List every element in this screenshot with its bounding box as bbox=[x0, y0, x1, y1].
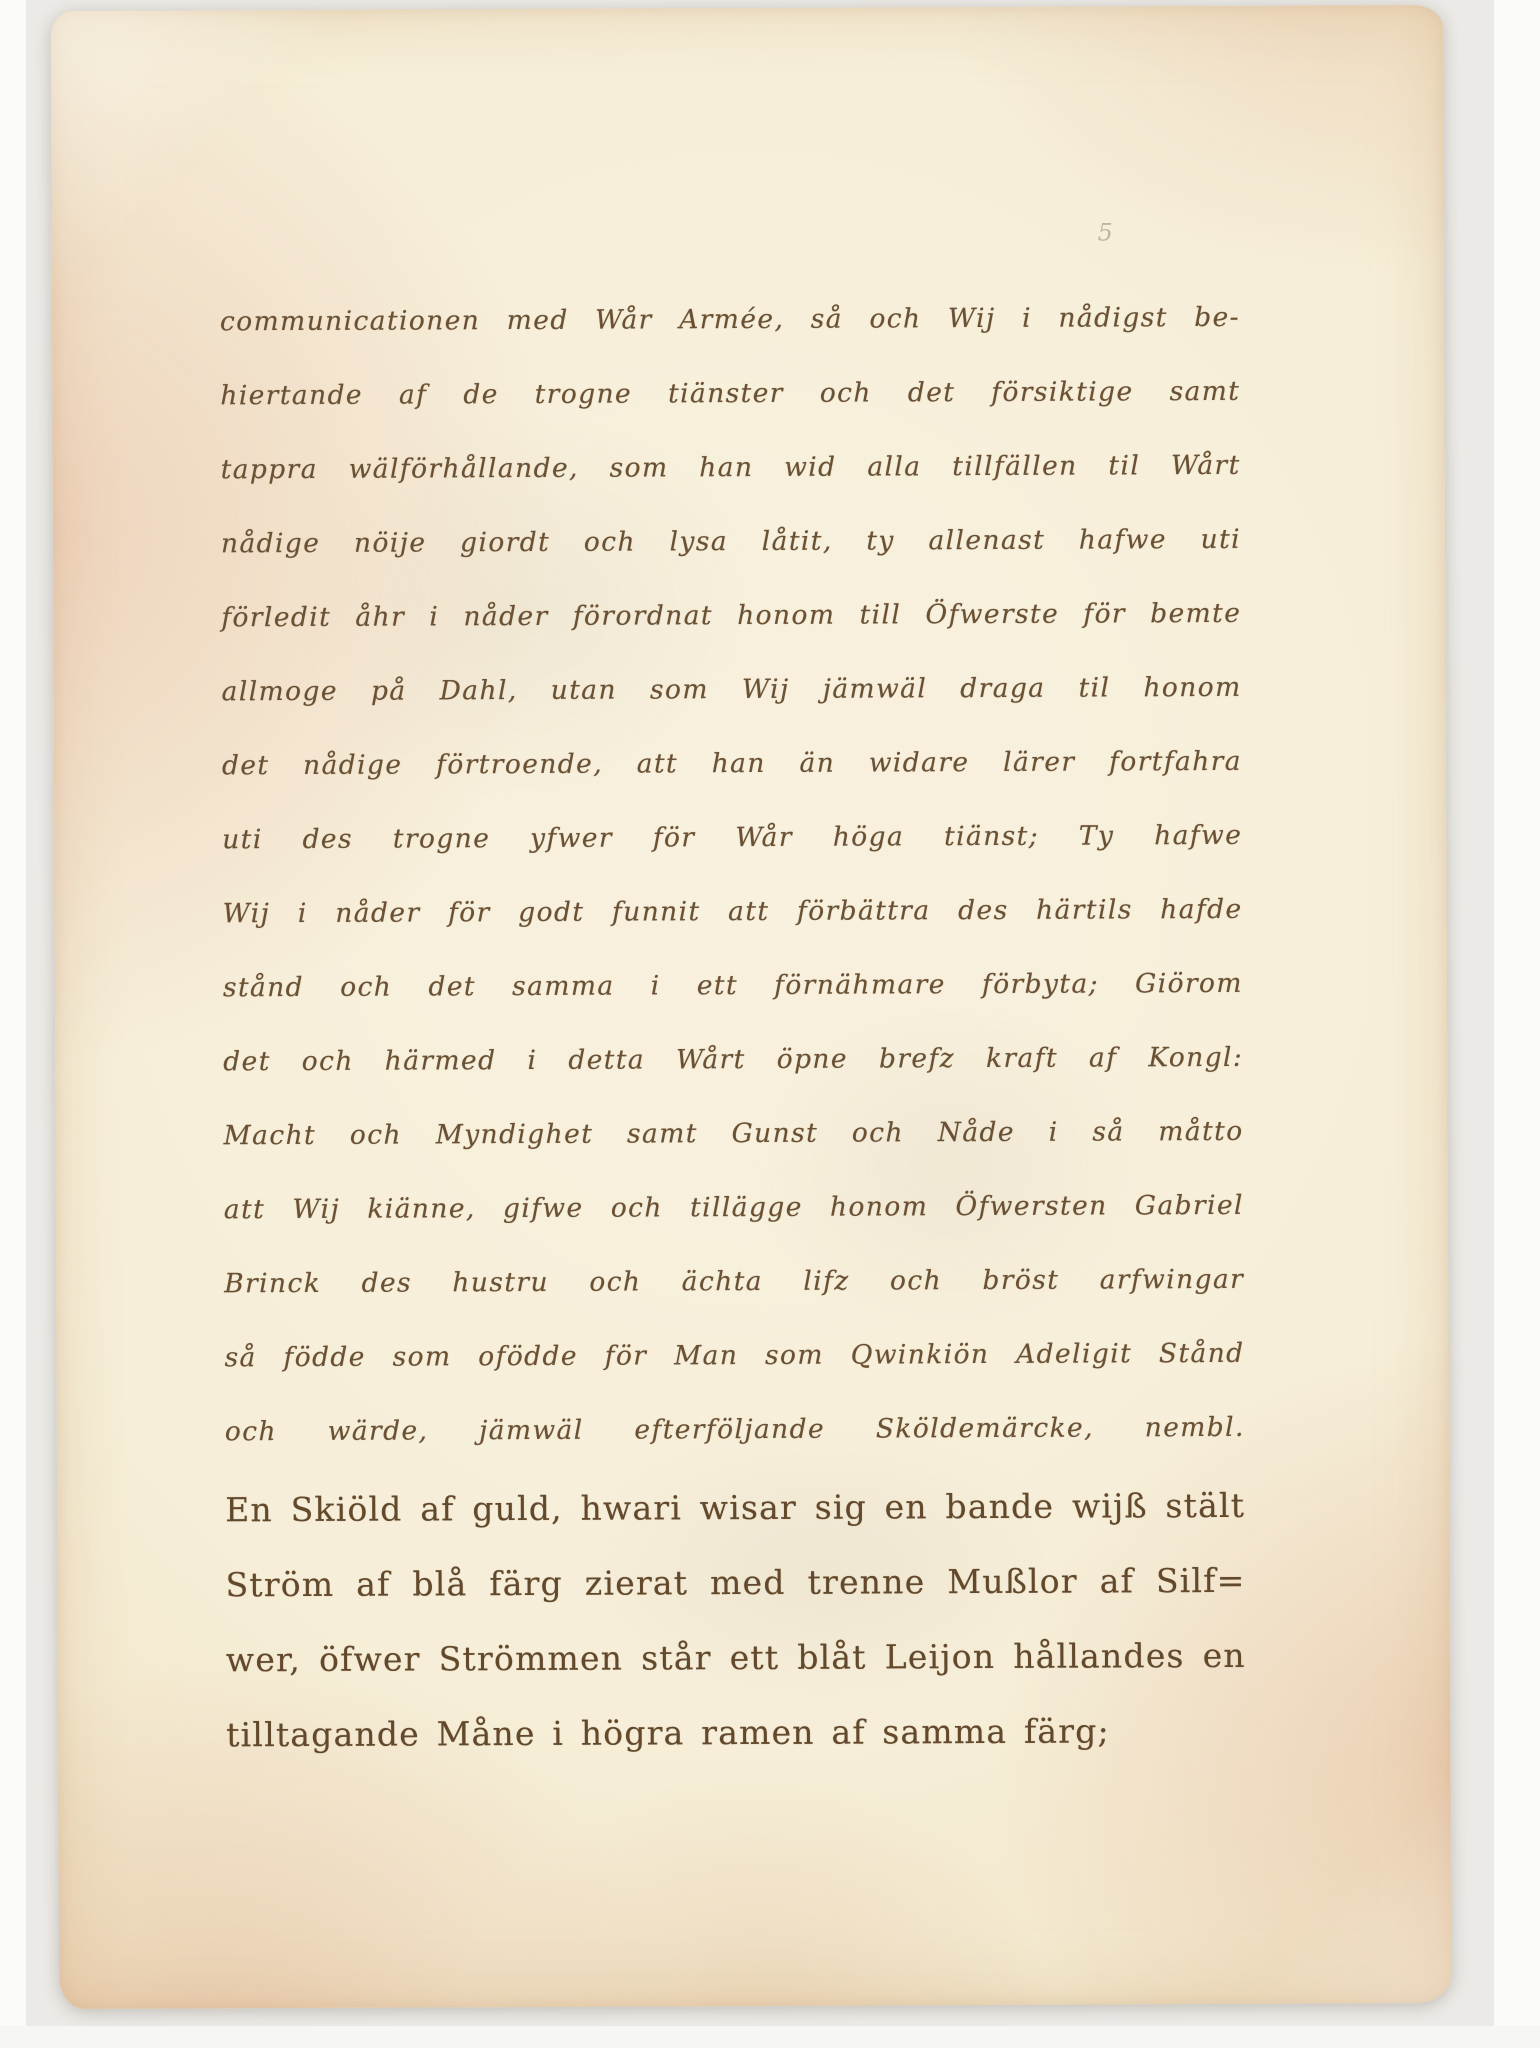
scan-viewport: 5 communicationen med Wår Armée, så och … bbox=[0, 0, 1540, 2048]
scanner-bed-left-strip bbox=[0, 0, 26, 2048]
manuscript-paper-sheet: 5 communicationen med Wår Armée, så och … bbox=[51, 5, 1452, 2009]
scanner-bed-right-strip bbox=[1494, 0, 1540, 2048]
manuscript-line: att Wij kiänne, gifwe och tillägge honom… bbox=[224, 1190, 1244, 1268]
page-number: 5 bbox=[1098, 218, 1113, 246]
manuscript-line: förledit åhr i nåder förordnat honom til… bbox=[221, 598, 1241, 676]
manuscript-line: communicationen med Wår Armée, så och Wi… bbox=[220, 302, 1240, 380]
manuscript-line: det och härmed i detta Wårt öpne brefz k… bbox=[223, 1042, 1243, 1120]
manuscript-line: Ström af blå färg zierat med trenne Mußl… bbox=[225, 1561, 1245, 1640]
manuscript-text: communicationen med Wår Armée, så och Wi… bbox=[220, 302, 1246, 1790]
manuscript-line: tilltagande Måne i högra ramen af samma … bbox=[226, 1711, 1165, 1790]
manuscript-line: allmoge på Dahl, utan som Wij jämwäl dra… bbox=[222, 672, 1242, 750]
manuscript-line: Brinck des hustru och ächta lifz och brö… bbox=[224, 1264, 1244, 1342]
manuscript-line: En Skiöld af guld, hwari wisar sig en ba… bbox=[225, 1486, 1245, 1565]
manuscript-line: Macht och Myndighet samt Gunst och Nåde … bbox=[223, 1116, 1243, 1194]
manuscript-line: tappra wälförhållande, som han wid alla … bbox=[221, 450, 1241, 528]
manuscript-line: hiertande af de trogne tiänster och det … bbox=[220, 376, 1240, 454]
manuscript-line: stånd och det samma i ett förnähmare för… bbox=[223, 968, 1243, 1046]
manuscript-line: uti des trogne yfwer för Wår höga tiänst… bbox=[222, 820, 1242, 898]
manuscript-line: och wärde, jämwäl efterföljande Sköldemä… bbox=[225, 1412, 1245, 1490]
manuscript-line: så födde som ofödde för Man som Qwinkiön… bbox=[224, 1338, 1244, 1416]
manuscript-line: det nådige förtroende, att han än widare… bbox=[222, 746, 1242, 824]
manuscript-line: Wij i nåder för godt funnit att förbättr… bbox=[223, 894, 1243, 972]
manuscript-line: nådige nöije giordt och lysa låtit, ty a… bbox=[221, 524, 1241, 602]
scanner-bed-bottom-strip bbox=[0, 2026, 1540, 2048]
manuscript-line: wer, öfwer Strömmen står ett blåt Leijon… bbox=[226, 1636, 1246, 1715]
